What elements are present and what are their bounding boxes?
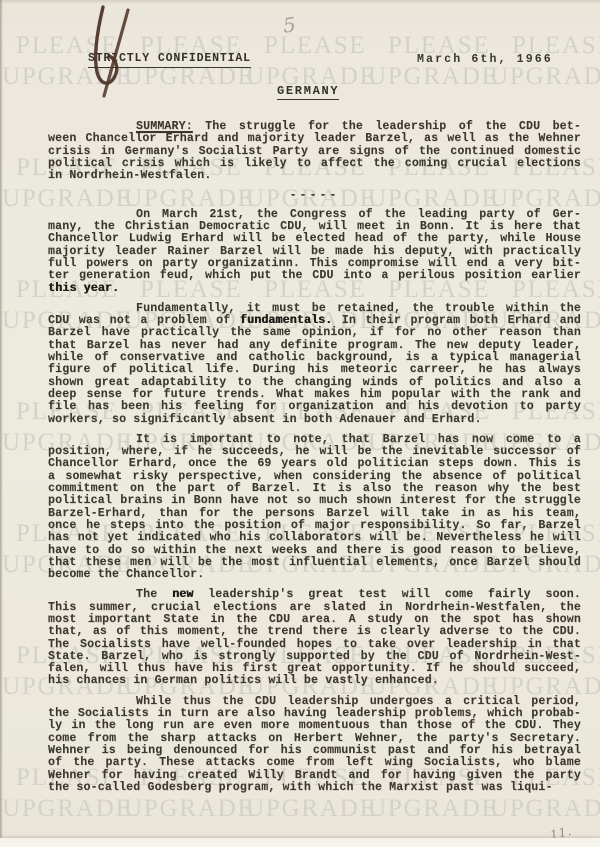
- text-line: The new leadership's great test will com…: [48, 589, 581, 601]
- text-line: political brains in Bonn have not so muc…: [48, 495, 581, 507]
- text-line: become the Chancellor.: [48, 569, 581, 581]
- document-date: March 6th, 1966: [417, 53, 553, 66]
- text-line: in Nordrhein-Westfalen.: [48, 170, 581, 182]
- text-segment: In their program both Erhard and: [332, 314, 581, 327]
- scan-edge-left: [0, 0, 3, 847]
- text-line: file has been his feeling for organizati…: [48, 401, 581, 413]
- emphasized-text: fundamentals.: [240, 314, 332, 327]
- watermark-text: UPGRADE: [490, 64, 600, 89]
- text-line: ly in the long run are even more momentu…: [48, 720, 581, 732]
- paragraph: SUMMARY: The struggle for the leadership…: [48, 121, 581, 182]
- text-line: the so-called Godesberg program, with wh…: [48, 782, 581, 794]
- scan-edge-bottom: [0, 838, 600, 847]
- text-segment: The: [136, 588, 172, 601]
- text-segment: CDU was not a problem of: [48, 314, 240, 327]
- text-line: ween Chancellor Erhard and majority lead…: [48, 133, 581, 145]
- text-line: his chances in German politics will be v…: [48, 675, 581, 687]
- text-line: figure of political life. During his met…: [48, 364, 581, 376]
- text-line: workers, so significantly absent in both…: [48, 414, 581, 426]
- text-line: Wehner for having created Willy Brandt a…: [48, 770, 581, 782]
- text-line: that, as of this moment, the trend there…: [48, 626, 581, 638]
- handwritten-number-top: 5: [282, 12, 297, 37]
- text-segment: leadership's great test will come fairly…: [193, 588, 581, 601]
- emphasized-text: new: [172, 588, 193, 601]
- emphasized-text: this year.: [48, 282, 119, 295]
- document-body: SUMMARY: The struggle for the leadership…: [48, 121, 581, 802]
- paragraph: The new leadership's great test will com…: [48, 589, 581, 687]
- document-page: PLEASEUPGRADEPLEASEUPGRADEPLEASEUPGRADEP…: [0, 0, 600, 847]
- paragraph: While thus the CDU leadership undergoes …: [48, 696, 581, 794]
- underlined-text: SUMMARY:: [136, 120, 193, 133]
- watermark-text: PLEASE: [264, 33, 366, 58]
- text-segment: The struggle for the leadership of the C…: [193, 120, 581, 133]
- paragraph: It is important to note, that Barzel has…: [48, 434, 581, 582]
- text-line: Chancellor Ludwig Erhard will be elected…: [48, 233, 581, 245]
- paragraph: Fundamentally, it must be retained, the …: [48, 303, 581, 426]
- text-line: Barzel have practically the same opinion…: [48, 327, 581, 339]
- document-title: GERMANY: [277, 84, 339, 100]
- text-line: of the party. These attacks come from le…: [48, 757, 581, 769]
- scan-edge-top: [0, 0, 600, 4]
- paragraph: On March 21st, the Congress of the leadi…: [48, 209, 581, 295]
- handwritten-pen-mark: [58, 2, 148, 100]
- text-line: has not yet indicated who his collaborat…: [48, 532, 581, 544]
- watermark-text: UPGRADE: [368, 64, 499, 89]
- text-line: have to do so within the next weeks and …: [48, 545, 581, 557]
- text-line: this year.: [48, 283, 581, 295]
- text-line: Chancellor Erhard, once the 69 years old…: [48, 458, 581, 470]
- text-line: ter generation feud, which put the CDU i…: [48, 270, 581, 282]
- pen-stroke-icon: [58, 2, 148, 100]
- section-separator: -----: [48, 190, 581, 202]
